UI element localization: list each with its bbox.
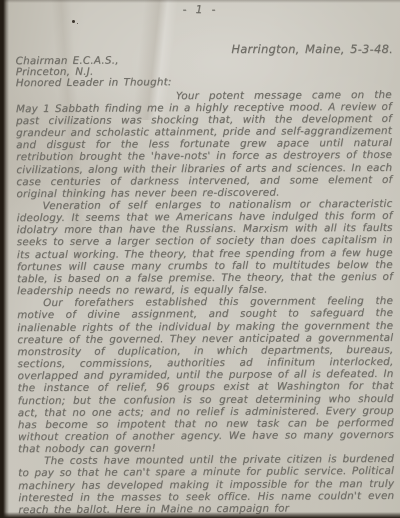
scan-edge-left <box>0 0 9 518</box>
scan-edge-bottom <box>0 512 400 518</box>
paragraph-2: Veneration of self enlarges to nationali… <box>16 198 393 298</box>
paragraph-3: Our forefathers established this governm… <box>17 295 394 455</box>
scan-edge-top <box>0 0 400 3</box>
letter-body: Chairman E.C.A.S., Princeton, N.J. Honor… <box>16 54 395 516</box>
page-number: - 1 - <box>0 3 400 16</box>
paragraph-4: The costs have mounted until the private… <box>18 453 394 516</box>
salutation: Honored Leader in Thought: <box>16 76 392 89</box>
paper-speck <box>72 20 75 23</box>
paragraph-1: Your potent message came on the May 1 Sa… <box>16 88 393 200</box>
letter-scan: - 1 - Harrington, Maine, 5-3-48. Chairma… <box>0 0 400 518</box>
